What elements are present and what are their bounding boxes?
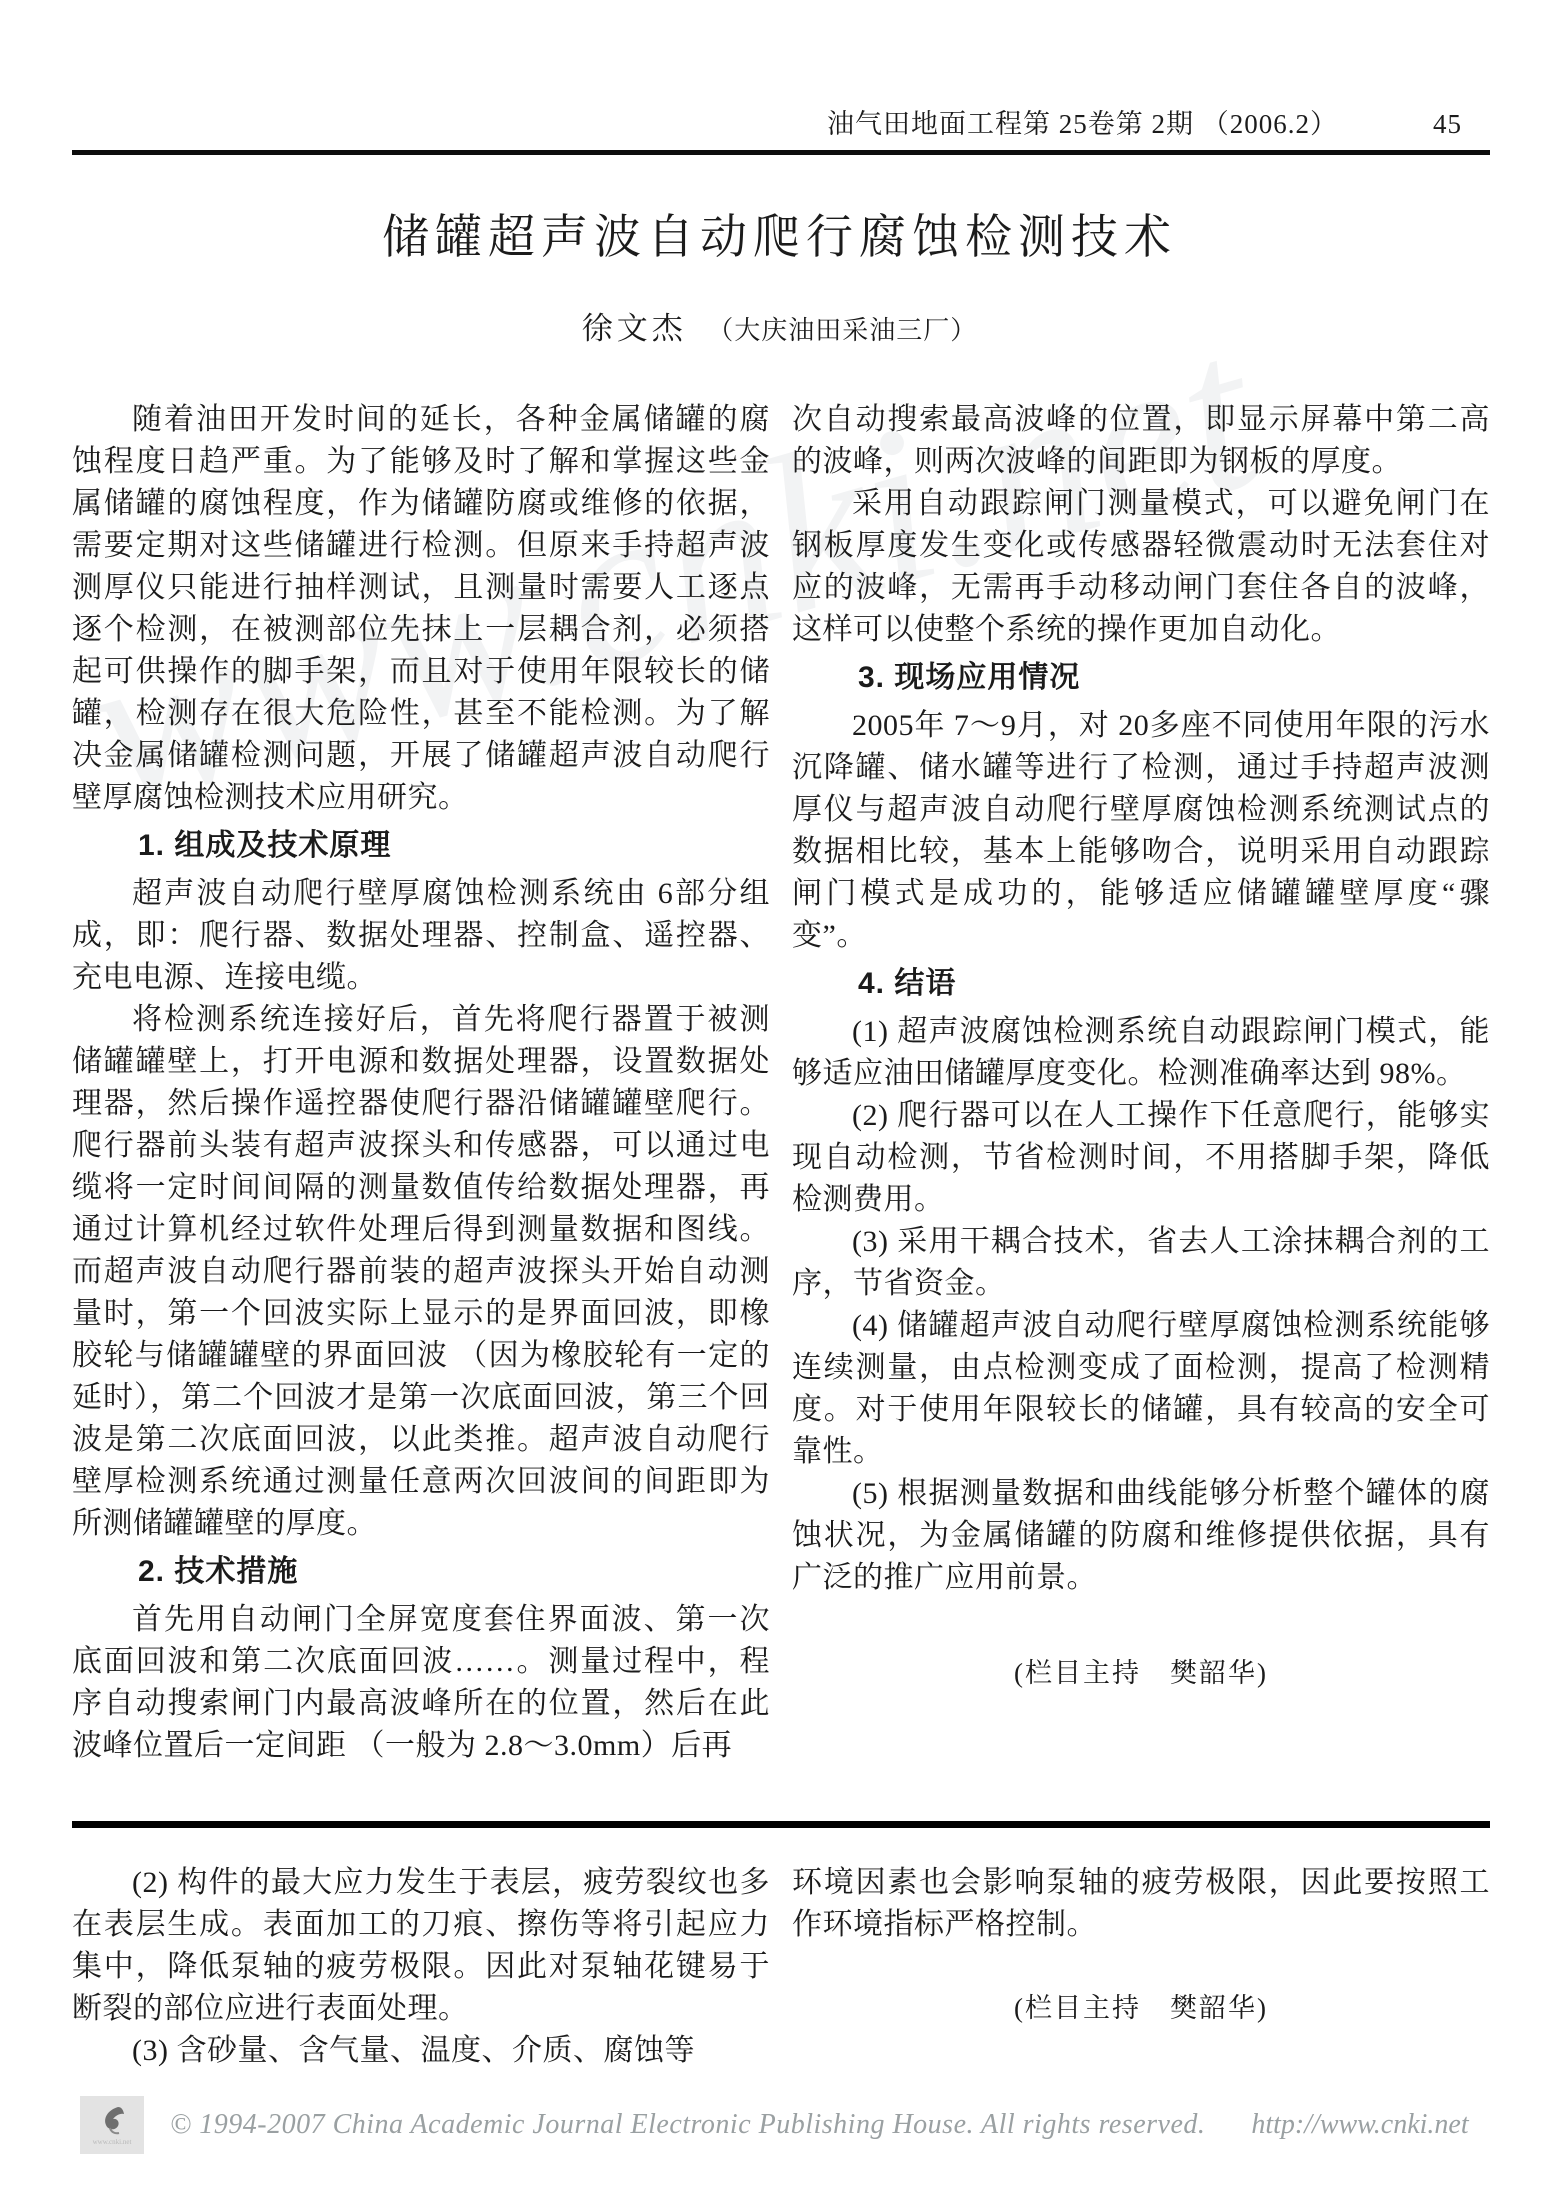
cnki-logo-caption: www.cnki.net: [93, 2138, 132, 2146]
page-number: 45: [1433, 109, 1462, 140]
cnki-swirl-icon: [94, 2104, 130, 2138]
bottom-editor-credit: (栏目主持 樊韶华): [792, 1986, 1490, 2025]
conclusion-item-5: (5) 根据测量数据和曲线能够分析整个罐体的腐蚀状况，为金属储罐的防腐和维修提供…: [792, 1473, 1490, 1599]
conclusion-item-1: (1) 超声波腐蚀检测系统自动跟踪闸门模式，能够适应油田储罐厚度变化。检测准确率…: [792, 1011, 1490, 1095]
paragraph-intro: 随着油田开发时间的延长，各种金属储罐的腐蚀程度日趋严重。为了能够及时了解和掌握这…: [72, 399, 770, 819]
bottom-paragraph-continuation: 环境因素也会影响泵轴的疲劳极限，因此要按照工作环境指标严格控制。: [792, 1862, 1490, 1946]
paragraph-sec1a: 超声波自动爬行壁厚腐蚀检测系统由 6部分组成，即：爬行器、数据处理器、控制盒、遥…: [72, 873, 770, 999]
byline: 徐文杰 （大庆油田采油三厂）: [0, 303, 1559, 348]
journal-issue-line: 油气田地面工程第 25卷第 2期 （2006.2）: [827, 102, 1338, 141]
page-footer: www.cnki.net © 1994-2007 China Academic …: [80, 2096, 1519, 2154]
section-heading-2: 2. 技术措施: [72, 1552, 770, 1592]
conclusion-item-4: (4) 储罐超声波自动爬行壁厚腐蚀检测系统能够连续测量，由点检测变成了面检测，提…: [792, 1305, 1490, 1473]
bottom-right-column: 环境因素也会影响泵轴的疲劳极限，因此要按照工作环境指标严格控制。 (栏目主持 樊…: [792, 1862, 1490, 2072]
bottom-left-column: (2) 构件的最大应力发生于表层，疲劳裂纹也多在表层生成。表面加工的刀痕、擦伤等…: [72, 1862, 770, 2072]
journal-page: www.cnki.net 油气田地面工程第 25卷第 2期 （2006.2） 4…: [0, 0, 1559, 2201]
paragraph-sec2: 首先用自动闸门全屏宽度套住界面波、第一次底面回波和第二次底面回波……。测量过程中…: [72, 1599, 770, 1767]
paragraph-sec1b: 将检测系统连接好后，首先将爬行器置于被测储罐罐壁上，打开电源和数据处理器，设置数…: [72, 999, 770, 1545]
bottom-paragraph-3: (3) 含砂量、含气量、温度、介质、腐蚀等: [72, 2030, 770, 2072]
left-column: 随着油田开发时间的延长，各种金属储罐的腐蚀程度日趋严重。为了能够及时了解和掌握这…: [72, 399, 770, 1767]
header-rule: [72, 150, 1490, 155]
article-title: 储罐超声波自动爬行腐蚀检测技术: [0, 200, 1559, 267]
copyright-text: © 1994-2007 China Academic Journal Elect…: [170, 2109, 1205, 2141]
right-column: 次自动搜索最高波峰的位置，即显示屏幕中第二高的波峰，则两次波峰的间距即为钢板的厚…: [792, 399, 1490, 1767]
article-body: 随着油田开发时间的延长，各种金属储罐的腐蚀程度日趋严重。为了能够及时了解和掌握这…: [72, 399, 1490, 1767]
author-affiliation: （大庆油田采油三厂）: [707, 316, 977, 345]
bottom-article-fragment: (2) 构件的最大应力发生于表层，疲劳裂纹也多在表层生成。表面加工的刀痕、擦伤等…: [72, 1862, 1490, 2072]
paragraph-tracking: 采用自动跟踪闸门测量模式，可以避免闸门在钢板厚度发生变化或传感器轻微震动时无法套…: [792, 483, 1490, 651]
column-editor-credit: (栏目主持 樊韶华): [792, 1651, 1490, 1690]
author-name: 徐文杰: [582, 311, 687, 346]
section-heading-3: 3. 现场应用情况: [792, 658, 1490, 698]
page-header: 油气田地面工程第 25卷第 2期 （2006.2） 45: [72, 102, 1490, 141]
paragraph-continuation: 次自动搜索最高波峰的位置，即显示屏幕中第二高的波峰，则两次波峰的间距即为钢板的厚…: [792, 399, 1490, 483]
article-divider-rule: [72, 1821, 1490, 1828]
conclusion-item-2: (2) 爬行器可以在人工操作下任意爬行，能够实现自动检测，节省检测时间，不用搭脚…: [792, 1095, 1490, 1221]
conclusion-item-3: (3) 采用干耦合技术，省去人工涂抹耦合剂的工序，节省资金。: [792, 1221, 1490, 1305]
cnki-logo-icon: www.cnki.net: [80, 2096, 144, 2154]
section-heading-1: 1. 组成及技术原理: [72, 826, 770, 866]
section-heading-4: 4. 结语: [792, 964, 1490, 1004]
bottom-paragraph-2: (2) 构件的最大应力发生于表层，疲劳裂纹也多在表层生成。表面加工的刀痕、擦伤等…: [72, 1862, 770, 2030]
footer-url: http://www.cnki.net: [1251, 2109, 1468, 2141]
paragraph-sec3: 2005年 7～9月，对 20多座不同使用年限的污水沉降罐、储水罐等进行了检测，…: [792, 705, 1490, 957]
